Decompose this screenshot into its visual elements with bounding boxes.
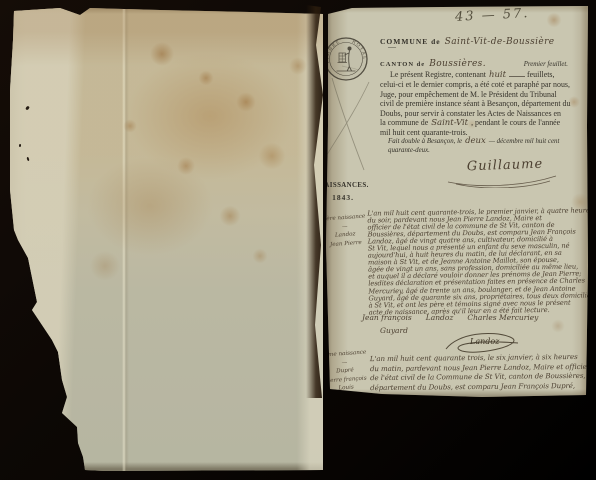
naissances-margin-label: NAISSANCES. bbox=[319, 182, 367, 189]
feuillet-note: Premier feuillet. bbox=[452, 61, 568, 68]
signature-row: Jean françois Landoz Charles Mercuriey bbox=[362, 313, 578, 322]
left-blank-page bbox=[10, 6, 323, 471]
act2-margin-note: 2ème naissance — Dupré Pierre françois L… bbox=[321, 348, 370, 394]
signature-witness-2: Guyard bbox=[380, 326, 408, 335]
folio-number-annotation: 43 — 57. bbox=[455, 6, 530, 25]
ink-speck bbox=[26, 157, 29, 161]
year-margin-label: 1843. bbox=[319, 193, 367, 202]
signature-flourish bbox=[442, 172, 562, 188]
fait-double-line: quarante-deux. bbox=[388, 146, 578, 155]
handwritten-deux: deux bbox=[462, 136, 489, 146]
fait-double-note: Fait double à Besançon, ledeux— décembre… bbox=[388, 137, 578, 155]
ruled-blank bbox=[509, 70, 525, 77]
pencil-cross-marks bbox=[322, 64, 384, 182]
statement-line: civil de première instance séant à Besan… bbox=[380, 99, 578, 108]
act2-birth-record: L'an mil huit cent quarante trois, le si… bbox=[370, 352, 584, 393]
archival-scan-background: 43 — 57. TIMBRE ROYAL bbox=[0, 0, 596, 480]
handwritten-commune: Saint-Vit bbox=[428, 118, 471, 128]
margin-note-line: Jean Pierre bbox=[323, 238, 369, 250]
register-statement: Le présent Registre, contenanthuit feuil… bbox=[380, 70, 578, 138]
ink-speck bbox=[19, 144, 21, 147]
statement-line: la commune deSaint-Vit, pendant le cours… bbox=[380, 118, 578, 128]
statement-line: Juge, pour empêchement de M. le Présiden… bbox=[380, 90, 578, 99]
act1-birth-record: L'an mil huit cent quarante-trois, le pr… bbox=[367, 208, 582, 317]
commune-value-handwritten: Saint-Vit-de-Boussière bbox=[445, 37, 555, 47]
statement-line: Doubs, pour servir à constater les Actes… bbox=[380, 109, 578, 118]
canton-label: CANTON de bbox=[380, 61, 425, 68]
handwritten-huit: huit bbox=[486, 70, 509, 80]
statement-line: celui-ci et le dernier compris, a été co… bbox=[380, 80, 578, 89]
signature-witness-1: Charles Mercuriey bbox=[467, 313, 538, 322]
act1-signatures: Jean françois Landoz Charles Mercuriey G… bbox=[362, 313, 578, 322]
fait-double-line: Fait double à Besançon, ledeux— décembre… bbox=[388, 137, 578, 146]
act2-line: département du Doubs, est comparu Jean F… bbox=[370, 381, 584, 393]
statement-line: Le présent Registre, contenanthuit feuil… bbox=[380, 70, 578, 80]
signature-father-surname: Landoz bbox=[426, 313, 454, 322]
commune-dash: — bbox=[388, 42, 396, 51]
commune-line: COMMUNE de Saint-Vit-de-Boussière bbox=[380, 31, 555, 49]
ink-speck bbox=[25, 106, 30, 111]
act1-margin-note: 1ère naissance — Landoz Jean Pierre bbox=[321, 212, 369, 249]
register-page: 43 — 57. TIMBRE ROYAL bbox=[322, 6, 588, 398]
signature-father: Jean françois bbox=[362, 313, 412, 322]
